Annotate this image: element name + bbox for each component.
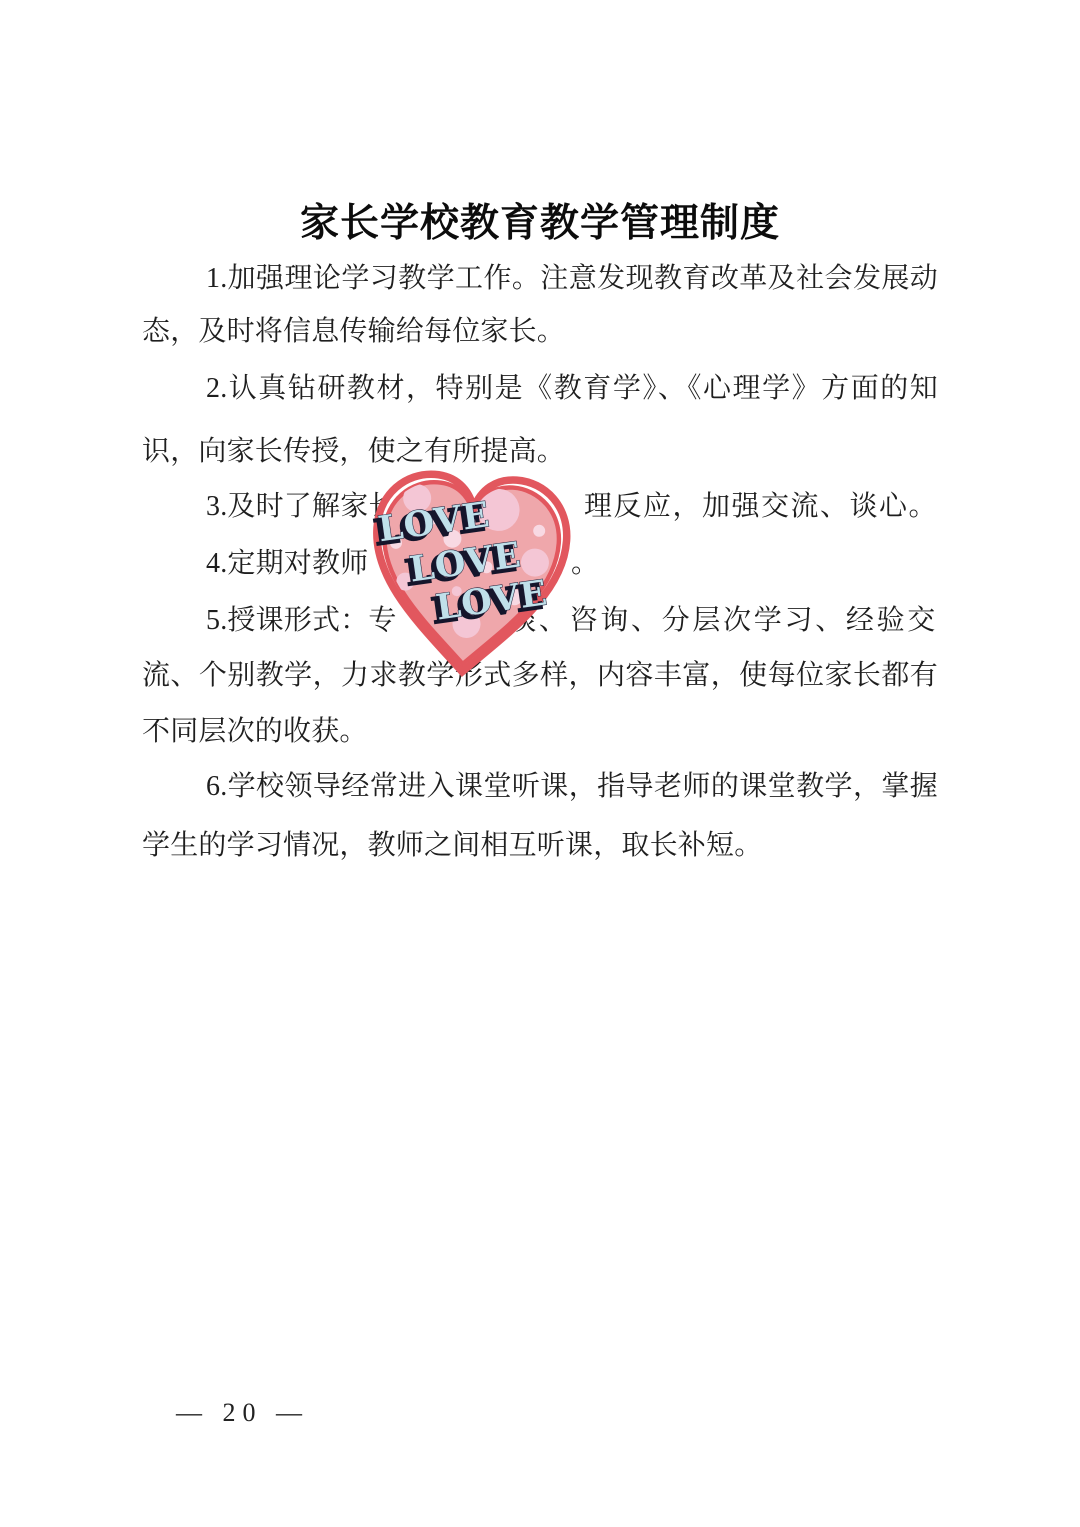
paragraph-1-line-1: 1.加强理论学习教学工作。注意发现教育改革及社会发展动 [142, 260, 938, 306]
paragraph-4-period: 。 [571, 545, 599, 583]
paragraph-5-right-fragment: 谈、咨询、分层次学习、经验交 [508, 602, 938, 640]
page-number: — 20 — [176, 1398, 309, 1428]
paragraph-3-right-fragment: 理反应，加强交流、谈心。 [584, 488, 938, 526]
heart-icon: LOVE LOVE LOVE LOVE LOVE LOVE [359, 459, 580, 689]
document-page: 家长学校教育教学管理制度 1.加强理论学习教学工作。注意发现教育改革及社会发展动… [0, 0, 1080, 1527]
paragraph-3-left-fragment: 3.及时了解家长 [142, 488, 397, 526]
paragraph-4-left-fragment: 4.定期对教师 [142, 545, 368, 583]
paragraph-6-line-1: 6.学校领导经常进入课堂听课，指导老师的课堂教学，掌握 [142, 768, 938, 814]
love-heart-sticker: LOVE LOVE LOVE LOVE LOVE LOVE [359, 459, 580, 689]
page-title: 家长学校教育教学管理制度 [0, 192, 1080, 248]
paragraph-6-line-2: 学生的学习情况，教师之间相互听课，取长补短。 [142, 827, 938, 873]
paragraph-5-left-fragment: 5.授课形式：专 [142, 602, 397, 640]
paragraph-2-line-1: 2.认真钻研教材，特别是《教育学》、《心理学》方面的知 [142, 370, 938, 416]
paragraph-5-line-3: 不同层次的收获。 [142, 713, 938, 759]
paragraph-1-line-2: 态，及时将信息传输给每位家长。 [142, 313, 938, 359]
